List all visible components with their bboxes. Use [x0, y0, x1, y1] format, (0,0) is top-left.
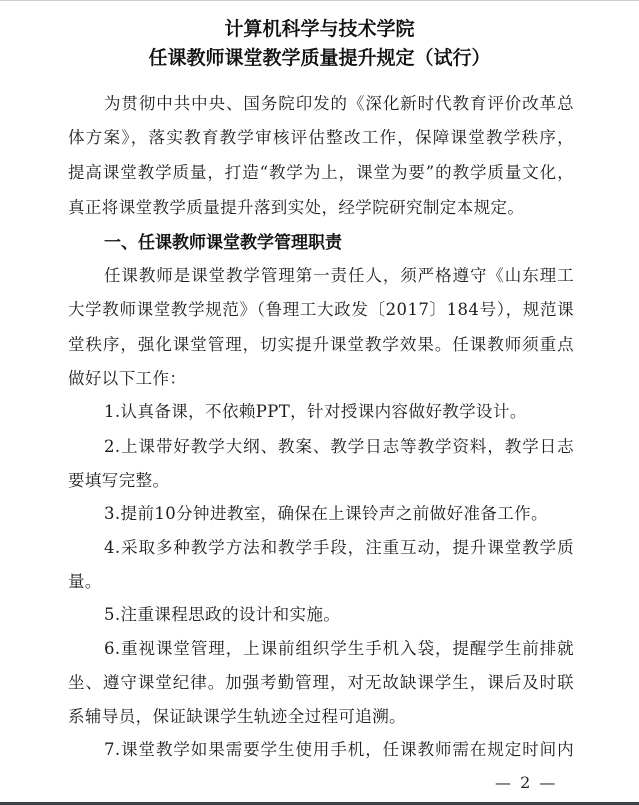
list-item-5: 5.注重课程思政的设计和实施。 [104, 605, 574, 625]
list-item-7-line-1: 7.课堂教学如果需要学生使用手机，任课教师需在规定时间内 [104, 740, 574, 760]
document-title-institution: 计算机科学与技术学院 [0, 14, 639, 41]
list-item-1: 1.认真备课，不依赖PPT，针对授课内容做好教学设计。 [104, 402, 574, 422]
list-item-4-line-1: 4.采取多种教学方法和教学手段，注重互动，提升课堂教学质 [104, 538, 574, 558]
section-heading: 一、任课教师课堂教学管理职责 [104, 233, 342, 253]
section-paragraph-line-2: 大学教师课堂教学规范》（鲁理工大政发〔2017〕184号），规范课 [68, 300, 574, 320]
list-item-6-line-1: 6.重视课堂管理，上课前组织学生手机入袋，提醒学生前排就 [104, 639, 574, 659]
list-item-6-line-2: 坐、遵守课堂纪律。加强考勤管理，对无故缺课学生，课后及时联 [68, 673, 574, 693]
section-paragraph-line-3: 堂秩序，强化课堂管理，切实提升课堂教学效果。任课教师须重点 [68, 335, 574, 355]
list-item-2-line-1: 2.上课带好教学大纲、教案、教学日志等教学资料，教学日志 [104, 437, 574, 457]
document-title-regulation: 任课教师课堂教学质量提升规定（试行） [0, 43, 639, 70]
intro-line-4: 真正将课堂教学质量提升落到实处，经学院研究制定本规定。 [68, 198, 574, 218]
list-item-6-line-3: 系辅导员，保证缺课学生轨迹全过程可追溯。 [68, 707, 574, 727]
page-number: — 2 — [495, 773, 557, 792]
intro-line-1: 为贯彻中共中央、国务院印发的《深化新时代教育评价改革总 [104, 94, 574, 114]
top-border [0, 0, 639, 1]
section-paragraph-line-4: 做好以下工作： [68, 369, 574, 389]
intro-line-2: 体方案》，落实教育教学审核评估整改工作，保障课堂教学秩序， [68, 128, 574, 148]
list-item-4-line-2: 量。 [68, 572, 574, 592]
list-item-2-line-2: 要填写完整。 [68, 471, 574, 491]
section-paragraph-line-1: 任课教师是课堂教学管理第一责任人，须严格遵守《山东理工 [104, 266, 574, 286]
list-item-3: 3.提前10分钟进教室，确保在上课铃声之前做好准备工作。 [104, 504, 574, 524]
intro-line-3: 提高课堂教学质量，打造“教学为上，课堂为要”的教学质量文化， [68, 163, 574, 183]
